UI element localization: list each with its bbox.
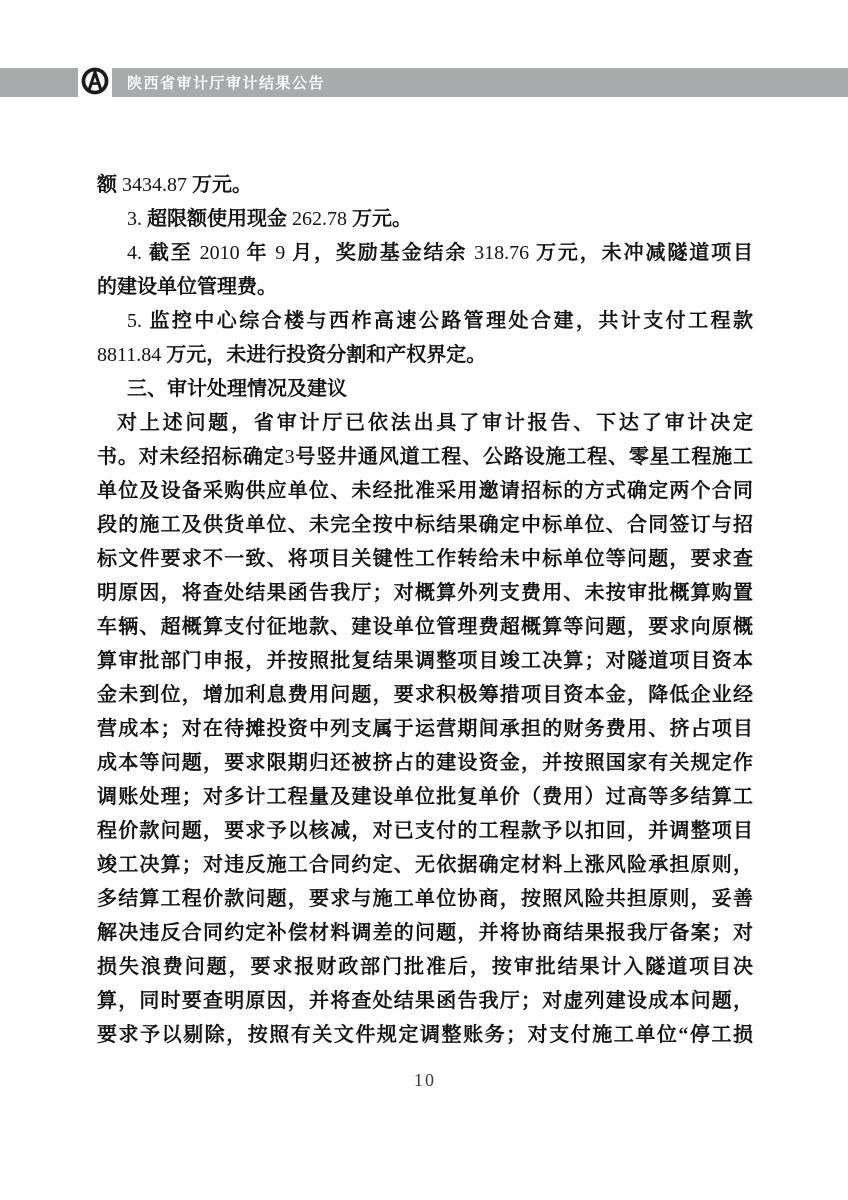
text-line: 的建设单位管理费。	[97, 270, 753, 304]
text-line: 标文件要求不一致、将项目关键性工作转给未中标单位等问题，要求查	[97, 542, 753, 576]
text-line: 成本等问题，要求限期归还被挤占的建设资金，并按照国家有关规定作	[97, 746, 753, 780]
text-line: 书。对未经招标确定3号竖井通风道工程、公路设施工程、零星工程施工	[97, 440, 753, 474]
text-line: 明原因，将查处结果函告我厅；对概算外列支费用、未按审批概算购置	[97, 576, 753, 610]
text-line: 竣工决算；对违反施工合同约定、无依据确定材料上涨风险承担原则，	[97, 848, 753, 882]
header-band-left	[0, 68, 78, 97]
audit-emblem-svg	[81, 67, 109, 95]
header-band: 陕西省审计厅审计结果公告	[112, 68, 848, 97]
text-line: 段的施工及供货单位、未完全按中标结果确定中标单位、合同签订与招	[97, 508, 753, 542]
audit-emblem-icon	[81, 67, 109, 95]
section-heading: 三、审计处理情况及建议	[97, 372, 753, 406]
text-line: 金未到位，增加利息费用问题，要求积极筹措项目资本金，降低企业经	[97, 678, 753, 712]
text-line: 要求予以剔除，按照有关文件规定调整账务；对支付施工单位“停工损	[97, 1018, 753, 1052]
text-line: 损失浪费问题，要求报财政部门批准后，按审批结果计入隧道项目决	[97, 950, 753, 984]
text-line: 算，同时要查明原因，并将查处结果函告我厅；对虚列建设成本问题，	[97, 984, 753, 1018]
text-line: 单位及设备采购供应单位、未经批准采用邀请招标的方式确定两个合同	[97, 474, 753, 508]
text-line: 额 3434.87 万元。	[97, 168, 753, 202]
text-line: 解决违反合同约定补偿材料调差的问题，并将协商结果报我厅备案；对	[97, 916, 753, 950]
text-line: 算审批部门申报，并按照批复结果调整项目竣工决算；对隧道项目资本	[97, 644, 753, 678]
document-body: 额 3434.87 万元。3. 超限额使用现金 262.78 万元。4. 截至 …	[97, 168, 753, 1052]
header-title: 陕西省审计厅审计结果公告	[112, 72, 325, 93]
text-line: 5. 监控中心综合楼与西柞高速公路管理处合建，共计支付工程款	[97, 304, 753, 338]
text-line: 3. 超限额使用现金 262.78 万元。	[97, 202, 753, 236]
text-line: 4. 截至 2010 年 9 月，奖励基金结余 318.76 万元，未冲减隧道项…	[97, 236, 753, 270]
text-line: 多结算工程价款问题，要求与施工单位协商，按照风险共担原则，妥善	[97, 882, 753, 916]
text-line: 8811.84 万元，未进行投资分割和产权界定。	[97, 338, 753, 372]
text-line: 营成本；对在待摊投资中列支属于运营期间承担的财务费用、挤占项目	[97, 712, 753, 746]
text-line: 程价款问题，要求予以核减，对已支付的工程款予以扣回，并调整项目	[97, 814, 753, 848]
text-line: 对上述问题，省审计厅已依法出具了审计报告、下达了审计决定	[97, 406, 753, 440]
scanned-document-page: { "header": { "title": "陕西省审计厅审计结果公告", "…	[0, 0, 848, 1200]
text-line: 车辆、超概算支付征地款、建设单位管理费超概算等问题，要求向原概	[97, 610, 753, 644]
text-line: 调账处理；对多计工程量及建设单位批复单价（费用）过高等多结算工	[97, 780, 753, 814]
page-number: 10	[97, 1070, 753, 1091]
